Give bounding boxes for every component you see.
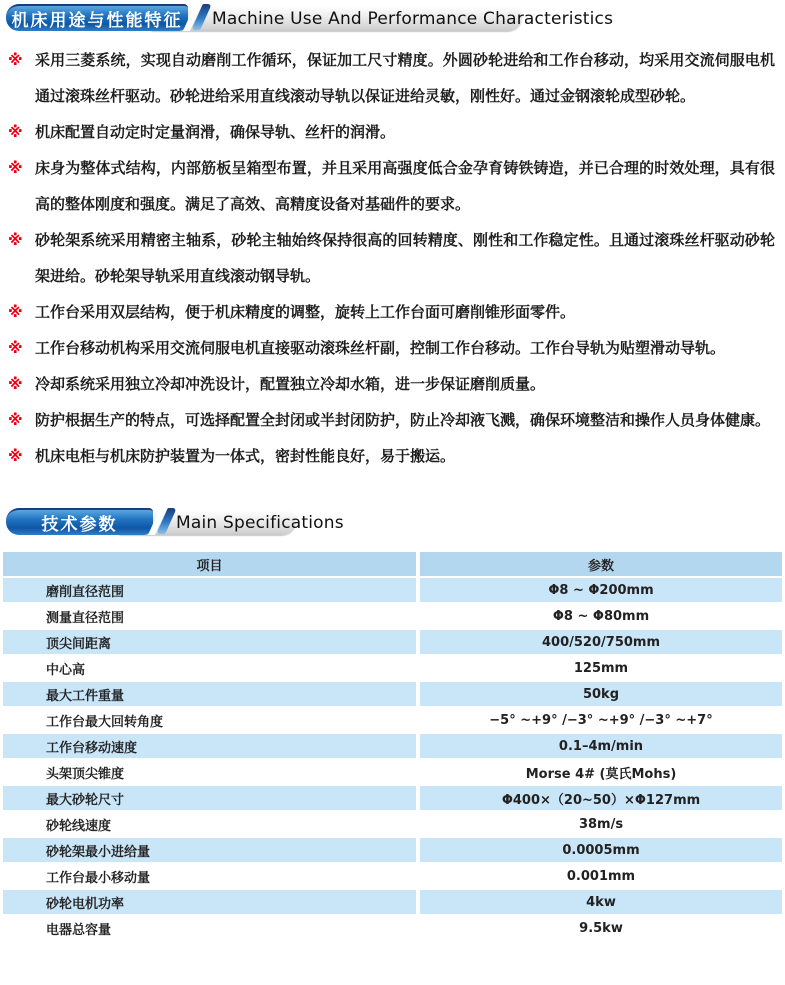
feature-text: 冷却系统采用独立冷却冲洗设计，配置独立冷却水箱，进一步保证磨削质量。 xyxy=(35,366,775,402)
spec-value: Φ8 ~ Φ80mm xyxy=(416,604,782,630)
specs-title-en: Main Specifications xyxy=(176,513,344,533)
feature-text: 采用三菱系统，实现自动磨削工作循环，保证加工尺寸精度。外圆砂轮进给和工作台移动，… xyxy=(35,42,775,114)
feature-text: 防护根据生产的特点，可选择配置全封闭或半封闭防护，防止冷却液飞溅，确保环境整洁和… xyxy=(35,402,775,438)
features-section-banner: Machine Use And Performance Characterist… xyxy=(0,4,785,32)
spec-row-9: 最大砂轮尺寸 Φ400×（20~50）×Φ127mm xyxy=(3,786,782,812)
feature-item-9: ※ 机床电柜与机床防护装置为一体式，密封性能良好，易于搬运。 xyxy=(8,438,775,474)
spec-value: Φ400×（20~50）×Φ127mm xyxy=(416,786,782,812)
spec-value: 9.5kw xyxy=(416,916,782,942)
bullet-marker: ※ xyxy=(8,402,35,438)
spec-row-12: 工作台最小移动量 0.001mm xyxy=(3,864,782,890)
bullet-marker: ※ xyxy=(8,294,35,330)
spec-label: 最大工件重量 xyxy=(3,682,416,708)
spec-row-10: 砂轮线速度 38m/s xyxy=(3,812,782,838)
spec-row-7: 工作台移动速度 0.1–4m/min xyxy=(3,734,782,760)
spec-label: 中心高 xyxy=(3,656,416,682)
spec-label: 工作台最大回转角度 xyxy=(3,708,416,734)
features-banner-cn-pill: 机床用途与性能特征 xyxy=(6,4,188,31)
spec-row-11: 砂轮架最小进给量 0.0005mm xyxy=(3,838,782,864)
spec-row-5: 最大工件重量 50kg xyxy=(3,682,782,708)
spec-label: 砂轮电机功率 xyxy=(3,890,416,916)
spec-table-body: 磨削直径范围 Φ8 ~ Φ200mm 测量直径范围 Φ8 ~ Φ80mm 顶尖间… xyxy=(3,578,782,942)
spec-value: Morse 4# (莫氏Mohs) xyxy=(416,760,782,786)
feature-text: 砂轮架系统采用精密主轴系，砂轮主轴始终保持很高的回转精度、刚性和工作稳定性。且通… xyxy=(35,222,775,294)
spec-value: Φ8 ~ Φ200mm xyxy=(416,578,782,604)
spec-label: 电器总容量 xyxy=(3,916,416,942)
spec-label: 头架顶尖锥度 xyxy=(3,760,416,786)
feature-item-3: ※ 床身为整体式结构，内部筋板呈箱型布置，并且采用高强度低合金孕育铸铁铸造，并已… xyxy=(8,150,775,222)
column-header-value: 参数 xyxy=(416,552,782,578)
bullet-marker: ※ xyxy=(8,330,35,366)
spec-row-13: 砂轮电机功率 4kw xyxy=(3,890,782,916)
spec-label: 磨削直径范围 xyxy=(3,578,416,604)
spec-value: 0.001mm xyxy=(416,864,782,890)
spec-label: 工作台移动速度 xyxy=(3,734,416,760)
spec-value: 0.1–4m/min xyxy=(416,734,782,760)
bullet-marker: ※ xyxy=(8,438,35,474)
feature-item-8: ※ 防护根据生产的特点，可选择配置全封闭或半封闭防护，防止冷却液飞溅，确保环境整… xyxy=(8,402,775,438)
catalog-page: Machine Use And Performance Characterist… xyxy=(0,0,785,985)
feature-text: 工作台移动机构采用交流伺服电机直接驱动滚珠丝杆副，控制工作台移动。工作台导轨为贴… xyxy=(35,330,775,366)
spec-value: 50kg xyxy=(416,682,782,708)
specs-section-banner: Main Specifications 技术参数 xyxy=(0,508,785,536)
feature-text: 机床配置自动定时定量润滑，确保导轨、丝杆的润滑。 xyxy=(35,114,775,150)
spec-value: 38m/s xyxy=(416,812,782,838)
spec-table-header-row: 项目 参数 xyxy=(3,552,782,578)
spec-row-8: 头架顶尖锥度 Morse 4# (莫氏Mohs) xyxy=(3,760,782,786)
spec-row-4: 中心高 125mm xyxy=(3,656,782,682)
features-title-en: Machine Use And Performance Characterist… xyxy=(212,9,613,29)
spec-label: 测量直径范围 xyxy=(3,604,416,630)
spec-value: 125mm xyxy=(416,656,782,682)
specs-banner-cn-pill: 技术参数 xyxy=(6,508,153,535)
spec-row-6: 工作台最大回转角度 −5° ~+9° /−3° ~+9° /−3° ~+7° xyxy=(3,708,782,734)
feature-item-6: ※ 工作台移动机构采用交流伺服电机直接驱动滚珠丝杆副，控制工作台移动。工作台导轨… xyxy=(8,330,775,366)
spec-row-3: 顶尖间距离 400/520/750mm xyxy=(3,630,782,656)
spec-table: 项目 参数 磨削直径范围 Φ8 ~ Φ200mm 测量直径范围 Φ8 ~ Φ80… xyxy=(3,552,782,942)
spec-value: 4kw xyxy=(416,890,782,916)
spec-table-wrap: 项目 参数 磨削直径范围 Φ8 ~ Φ200mm 测量直径范围 Φ8 ~ Φ80… xyxy=(3,552,782,942)
spec-label: 最大砂轮尺寸 xyxy=(3,786,416,812)
spec-value: −5° ~+9° /−3° ~+9° /−3° ~+7° xyxy=(416,708,782,734)
spec-label: 工作台最小移动量 xyxy=(3,864,416,890)
feature-list: ※ 采用三菱系统，实现自动磨削工作循环，保证加工尺寸精度。外圆砂轮进给和工作台移… xyxy=(8,42,775,474)
feature-item-4: ※ 砂轮架系统采用精密主轴系，砂轮主轴始终保持很高的回转精度、刚性和工作稳定性。… xyxy=(8,222,775,294)
feature-text: 工作台采用双层结构，便于机床精度的调整，旋转上工作台面可磨削锥形面零件。 xyxy=(35,294,775,330)
spec-row-1: 磨削直径范围 Φ8 ~ Φ200mm xyxy=(3,578,782,604)
specs-title-cn: 技术参数 xyxy=(42,510,118,535)
feature-text: 床身为整体式结构，内部筋板呈箱型布置，并且采用高强度低合金孕育铸铁铸造，并已合理… xyxy=(35,150,775,222)
spec-label: 顶尖间距离 xyxy=(3,630,416,656)
spec-value: 0.0005mm xyxy=(416,838,782,864)
spec-label: 砂轮架最小进给量 xyxy=(3,838,416,864)
column-header-item: 项目 xyxy=(3,552,416,578)
spec-value: 400/520/750mm xyxy=(416,630,782,656)
feature-item-2: ※ 机床配置自动定时定量润滑，确保导轨、丝杆的润滑。 xyxy=(8,114,775,150)
feature-item-7: ※ 冷却系统采用独立冷却冲洗设计，配置独立冷却水箱，进一步保证磨削质量。 xyxy=(8,366,775,402)
features-title-cn: 机床用途与性能特征 xyxy=(12,6,183,31)
feature-item-1: ※ 采用三菱系统，实现自动磨削工作循环，保证加工尺寸精度。外圆砂轮进给和工作台移… xyxy=(8,42,775,114)
bullet-marker: ※ xyxy=(8,366,35,402)
bullet-marker: ※ xyxy=(8,114,35,150)
feature-text: 机床电柜与机床防护装置为一体式，密封性能良好，易于搬运。 xyxy=(35,438,775,474)
spec-row-14: 电器总容量 9.5kw xyxy=(3,916,782,942)
bullet-marker: ※ xyxy=(8,222,35,258)
bullet-marker: ※ xyxy=(8,150,35,186)
spec-label: 砂轮线速度 xyxy=(3,812,416,838)
feature-item-5: ※ 工作台采用双层结构，便于机床精度的调整，旋转上工作台面可磨削锥形面零件。 xyxy=(8,294,775,330)
bullet-marker: ※ xyxy=(8,42,35,78)
spec-row-2: 测量直径范围 Φ8 ~ Φ80mm xyxy=(3,604,782,630)
